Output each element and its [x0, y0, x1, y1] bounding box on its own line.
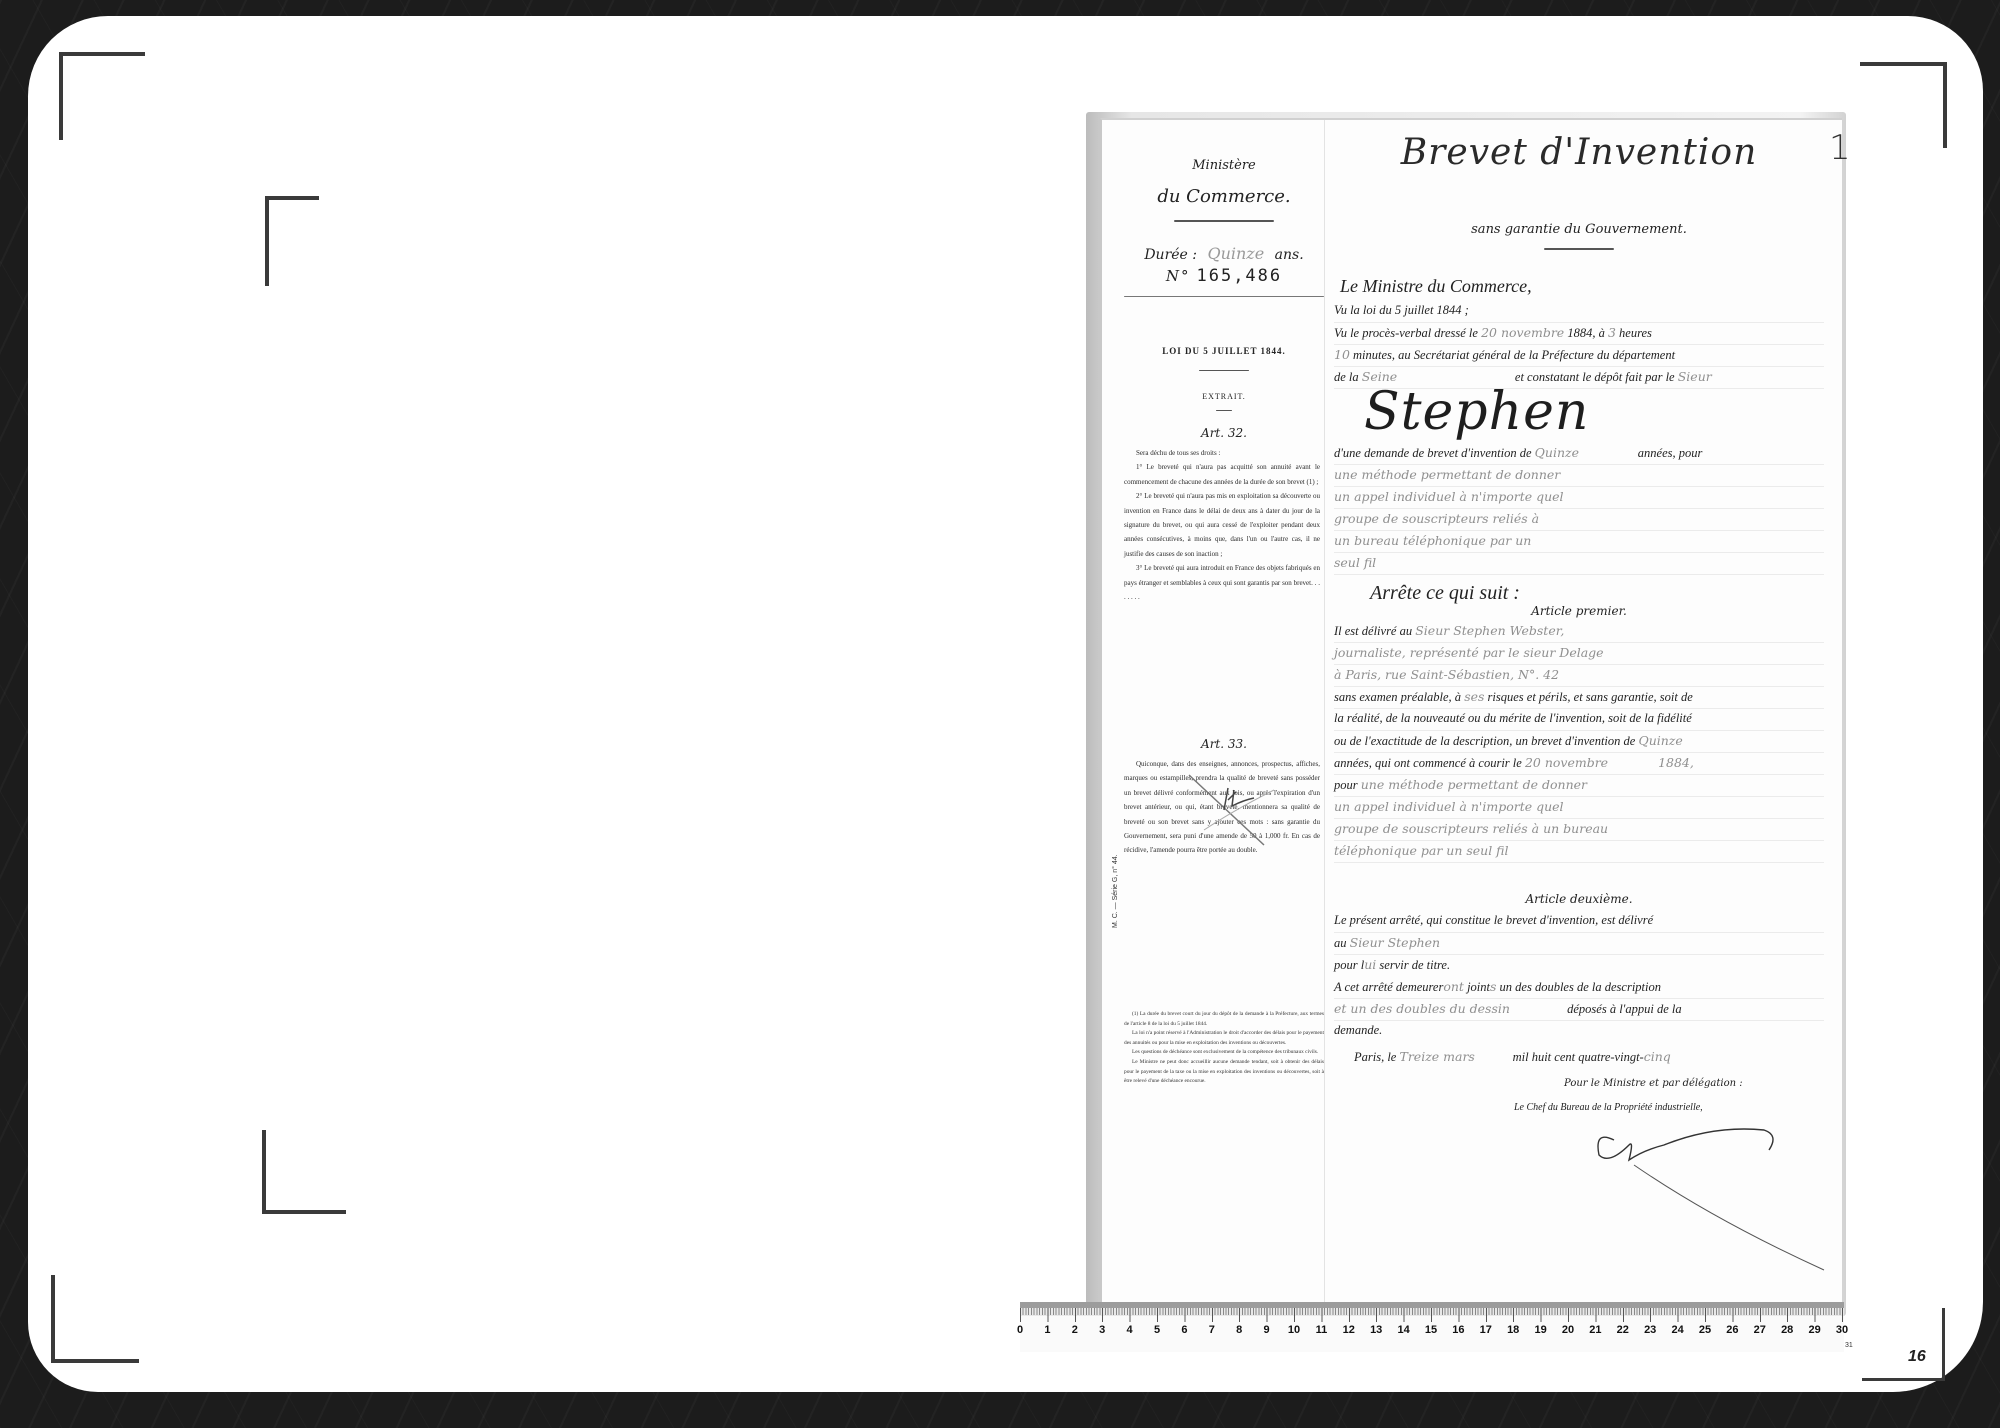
article1-text-line: sans examen préalable, à ses risques et … [1334, 686, 1824, 709]
article1-beneficiary-line: Il est délivré au Sieur Stephen Webster, [1334, 620, 1824, 643]
extract-divider [1216, 410, 1232, 411]
ornament-divider [1174, 220, 1274, 222]
ruler-label: 25 [1699, 1324, 1711, 1336]
paris-date: Treize mars [1399, 1046, 1509, 1067]
au-label: au [1334, 936, 1347, 950]
measurement-ruler: 0 1 2 3 4 5 6 7 8 9 10 11 12 13 14 15 16… [1020, 1302, 1844, 1352]
annex-joint: joint [1467, 980, 1490, 994]
header-divider [1124, 296, 1324, 297]
invention-line: une méthode permettant de donner [1334, 464, 1824, 487]
text-hand: ses [1464, 689, 1484, 704]
footnote-paragraph: (1) La durée du brevet court du jour du … [1124, 1010, 1324, 1029]
article2-heading: Article deuxième. [1334, 892, 1824, 906]
ruler-label: 15 [1425, 1324, 1437, 1336]
crop-mark-top-left-outer [59, 52, 145, 140]
pour-label: pour [1334, 778, 1358, 792]
article1-text-line: la réalité, de la nouveauté ou du mérite… [1334, 708, 1824, 731]
ruler-ticks [1020, 1308, 1844, 1322]
ruler-label: 18 [1507, 1324, 1519, 1336]
department-prefix: de la [1334, 370, 1359, 384]
duration-hand: Quinze [1638, 733, 1682, 748]
annex2-suffix: déposés à l'appui de la [1567, 1002, 1681, 1016]
law-title: LOI DU 5 JUILLET 1844. [1124, 346, 1324, 356]
minister-line: Le Ministre du Commerce, [1340, 276, 1532, 297]
ruler-label: 6 [1181, 1324, 1187, 1336]
pour-hand: ui [1364, 957, 1376, 972]
crop-mark-top-left-inner [265, 196, 319, 286]
minutes-line: 10 minutes, au Secrétariat général de la… [1334, 344, 1824, 367]
demande-prefix: d'une demande de brevet d'invention de [1334, 446, 1532, 460]
start-date: 20 novembre [1525, 752, 1655, 773]
patent-number: 165,486 [1196, 266, 1282, 286]
official-signature-icon [1574, 1110, 1834, 1280]
recipient-name: Sieur Stephen [1350, 935, 1440, 950]
ruler-label: 20 [1562, 1324, 1574, 1336]
invention-line: un bureau téléphonique par un [1334, 530, 1824, 553]
annex-suffix: un des doubles de la description [1500, 980, 1661, 994]
ruler-label: 9 [1264, 1324, 1270, 1336]
paris-year-text: mil huit cent quatre-vingt- [1513, 1050, 1644, 1064]
article2-pour-line: pour lui servir de titre. [1334, 954, 1824, 976]
ruler-label: 2 [1072, 1324, 1078, 1336]
article2-demande-line: demande. [1334, 1020, 1824, 1042]
article1-heading: Article premier. [1334, 604, 1824, 618]
article1-text-line: années, qui ont commencé à courir le 20 … [1334, 752, 1824, 775]
depot-title: Sieur [1678, 369, 1712, 384]
article1-invention-line: pour une méthode permettant de donner [1334, 774, 1824, 797]
ruler-label: 10 [1288, 1324, 1300, 1336]
paris-date-line: Paris, le Treize mars mil huit cent quat… [1354, 1046, 1844, 1068]
demande-line: d'une demande de brevet d'invention de Q… [1334, 442, 1824, 465]
left-column: Ministère du Commerce. Durée : Quinze an… [1124, 120, 1325, 1310]
ruler-end-mark: 31 [1845, 1342, 1853, 1349]
ruler-label: 30 [1836, 1324, 1848, 1336]
ruler-label: 3 [1099, 1324, 1105, 1336]
crop-mark-bottom-left-inner [262, 1130, 346, 1214]
series-label: M. C. — Série G, n° 44. [1112, 854, 1119, 928]
duration-value: Quinze [1207, 244, 1264, 263]
article1-text-line: ou de l'exactitude de la description, un… [1334, 730, 1824, 753]
article2-recipient-line: au Sieur Stephen [1334, 932, 1824, 955]
art32-paragraph: Sera déchu de tous ses droits : [1124, 446, 1320, 460]
hour-value: 3 [1608, 325, 1616, 340]
applicant-name: Stephen [1364, 382, 1589, 442]
ruler-label: 22 [1617, 1324, 1629, 1336]
pour-prefix: pour l [1334, 958, 1364, 972]
ruler-label: 11 [1316, 1324, 1328, 1336]
scan-page-number: 16 [1908, 1348, 1926, 1366]
crop-mark-bottom-left-outer [51, 1275, 139, 1363]
proces-verbal-date: 20 novembre [1481, 325, 1564, 340]
footnotes: (1) La durée du brevet court du jour du … [1124, 1010, 1324, 1087]
proces-verbal-prefix: Vu le procès-verbal dressé le [1334, 326, 1478, 340]
initials-cross-mark-icon [1184, 770, 1284, 850]
ruler-label: 26 [1726, 1324, 1738, 1336]
arrete-heading: Arrête ce qui suit : [1370, 582, 1520, 605]
pour-suffix: servir de titre. [1379, 958, 1450, 972]
text-prefix: ou de l'exactitude de la description, un… [1334, 734, 1635, 748]
text-prefix: années, qui ont commencé à courir le [1334, 756, 1522, 770]
ruler-label: 13 [1370, 1324, 1382, 1336]
delivre-prefix: Il est délivré au [1334, 624, 1412, 638]
article2-annex2-line: et un des doubles du dessin déposés à l'… [1334, 998, 1824, 1021]
duration-label: Durée : [1144, 247, 1197, 263]
art32-paragraph: 2° Le breveté qui n'aura pas mis en expl… [1124, 489, 1320, 561]
ministry-label: Ministère [1124, 158, 1324, 173]
invention-line: un appel individuel à n'importe quel [1334, 796, 1824, 819]
demande-suffix: années, pour [1638, 446, 1703, 460]
ruler-label: 14 [1397, 1324, 1409, 1336]
beneficiary-name: Sieur Stephen Webster, [1415, 623, 1564, 638]
ruler-label: 16 [1452, 1324, 1464, 1336]
art32-paragraph: 3° Le breveté qui aura introduit en Fran… [1124, 561, 1320, 604]
annex-hand: s [1490, 979, 1496, 994]
annex-hand: ont [1443, 979, 1464, 994]
ruler-label: 0 [1017, 1324, 1023, 1336]
ruler-label: 23 [1644, 1324, 1656, 1336]
law-title-divider [1199, 370, 1249, 371]
start-year: 1884, [1658, 755, 1694, 770]
subtitle-divider [1544, 248, 1614, 250]
annex-prefix: A cet arrêté demeurer [1334, 980, 1443, 994]
number-prefix: N° [1166, 267, 1191, 285]
ruler-label: 27 [1754, 1324, 1766, 1336]
proces-verbal-year: 1884 [1567, 326, 1592, 340]
ruler-label: 8 [1236, 1324, 1242, 1336]
document-subtitle: sans garantie du Gouvernement. [1334, 222, 1824, 237]
demande-duration: Quinze [1535, 442, 1635, 463]
patent-number-row: N°165,486 [1124, 266, 1324, 286]
hour-prefix: , à [1592, 326, 1605, 340]
ruler-label: 21 [1589, 1324, 1601, 1336]
beneficiary-line: journaliste, représenté par le sieur Del… [1334, 642, 1824, 665]
paris-year-hand: cinq [1644, 1049, 1671, 1064]
ruler-label: 17 [1480, 1324, 1492, 1336]
ruler-label: 24 [1671, 1324, 1683, 1336]
hour-suffix: heures [1619, 326, 1652, 340]
invention-line: groupe de souscripteurs reliés à [1334, 508, 1824, 531]
duration-row: Durée : Quinze ans. [1124, 244, 1324, 263]
vu-loi-line: Vu la loi du 5 juillet 1844 ; [1334, 300, 1824, 323]
ruler-label: 29 [1808, 1324, 1820, 1336]
invention-line: groupe de souscripteurs reliés à un bure… [1334, 818, 1824, 841]
crop-mark-top-right [1860, 62, 1947, 148]
ruler-label: 19 [1534, 1324, 1546, 1336]
art33-heading: Art. 33. [1124, 737, 1324, 751]
footnote-paragraph: Les questions de déchéance sont exclusiv… [1124, 1048, 1324, 1058]
vu-loi-text: Vu la loi du 5 juillet 1844 ; [1334, 303, 1469, 317]
art32-heading: Art. 32. [1124, 426, 1324, 440]
minutes-text: minutes, au Secrétariat général de la Pr… [1353, 348, 1675, 362]
annex2-hand: et un des doubles du dessin [1334, 998, 1564, 1019]
beneficiary-line: à Paris, rue Saint-Sébastien, N°. 42 [1334, 664, 1824, 687]
ruler-label: 4 [1127, 1324, 1133, 1336]
proces-verbal-line: Vu le procès-verbal dressé le 20 novembr… [1334, 322, 1824, 345]
ruler-label: 5 [1154, 1324, 1160, 1336]
invention-line: un appel individuel à n'importe quel [1334, 486, 1824, 509]
invention-text: une méthode permettant de donner [1361, 777, 1587, 792]
text-suffix: risques et périls, et sans garantie, soi… [1488, 690, 1693, 704]
signature-delegation: Pour le Ministre et par délégation : [1564, 1078, 1743, 1089]
duration-unit: ans. [1275, 247, 1304, 263]
minutes-value: 10 [1334, 347, 1350, 362]
patent-document: Ministère du Commerce. Durée : Quinze an… [1100, 118, 1842, 1310]
crop-mark-bottom-right [1862, 1308, 1945, 1381]
art32-paragraph: 1° Le breveté qui n'aura pas acquitté so… [1124, 460, 1320, 489]
article2-annex-line: A cet arrêté demeureront joints un des d… [1334, 976, 1824, 999]
right-column: Brevet d'Invention 1 sans garantie du Go… [1334, 120, 1824, 1310]
art32-text: Sera déchu de tous ses droits : 1° Le br… [1124, 446, 1320, 604]
text-prefix: sans examen préalable, à [1334, 690, 1461, 704]
ruler-label: 1 [1044, 1324, 1050, 1336]
invention-line: téléphonique par un seul fil [1334, 840, 1824, 863]
paris-prefix: Paris, le [1354, 1050, 1396, 1064]
ruler-label: 7 [1209, 1324, 1215, 1336]
footnote-paragraph: Le Ministre ne peut donc accueillir aucu… [1124, 1058, 1324, 1087]
invention-line: seul fil [1334, 552, 1824, 575]
ruler-label: 28 [1781, 1324, 1793, 1336]
document-title: Brevet d'Invention [1334, 132, 1824, 173]
ruler-label: 12 [1343, 1324, 1355, 1336]
article2-text-line: Le présent arrêté, qui constitue le brev… [1334, 910, 1824, 933]
folio-number: 1 [1829, 128, 1851, 168]
extract-label: EXTRAIT. [1124, 392, 1324, 401]
ministry-name: du Commerce. [1124, 186, 1324, 207]
footnote-paragraph: La loi n'a point réservé à l'Administrat… [1124, 1029, 1324, 1048]
